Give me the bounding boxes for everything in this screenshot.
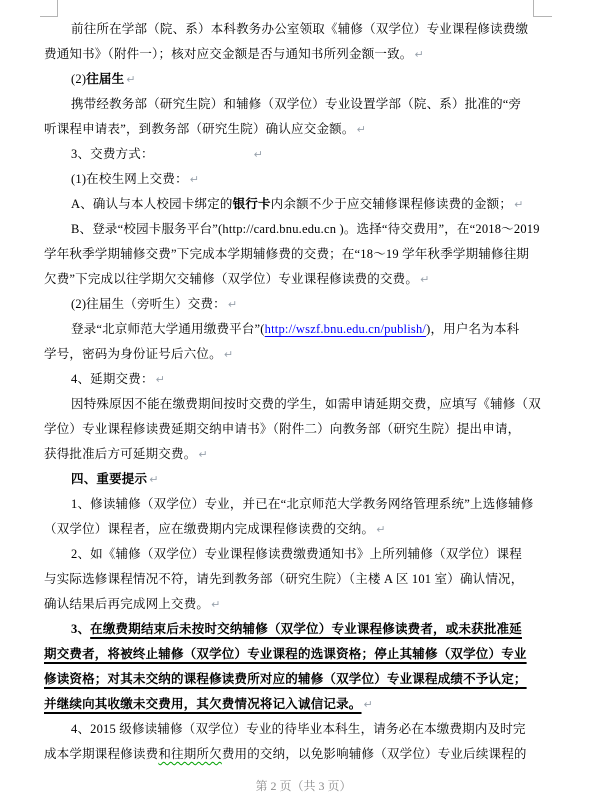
text-run: 确认结果后再完成网上交费。 <box>44 597 209 611</box>
text-line: 获得批准后方可延期交费。↵ <box>44 442 534 467</box>
text-run: 因特殊原因不能在缴费期间按时交费的学生，如需申请延期交费，应填写《辅修（双 <box>71 397 541 411</box>
bold-underline-text-run: 在缴费期结束后未按时交纳辅修（双学位）专业课程修读费者，或未获批准延 <box>90 622 522 636</box>
text-run: A、确认与本人校园卡绑定的 <box>71 197 233 211</box>
text-run: 3、交费方式： <box>71 147 154 161</box>
text-line: 学年秋季学期辅修交费”下完成本学期辅修费的交费；在“18～19 学年秋季学期辅修… <box>44 242 534 267</box>
text-run: 听课程申请表”，到教务部（研究生院）确认应交金额。 <box>44 122 355 136</box>
text-run: B、登录“校园卡服务平台”(http://card.bnu.edu.cn )。选… <box>71 222 540 236</box>
text-run: 学年秋季学期辅修交费”下完成本学期辅修费的交费；在“18～19 学年秋季学期辅修… <box>44 247 529 261</box>
text-line: 听课程申请表”，到教务部（研究生院）确认应交金额。↵ <box>44 117 534 142</box>
text-body: 前往所在学部（院、系）本科教务办公室领取《辅修（双学位）专业课程修读费缴费通知书… <box>44 17 534 767</box>
text-run: (2) <box>71 72 86 86</box>
bold-underline-text-run: 并继续向其收缴未交费用，其欠费情况将记入诚信记录。 <box>44 697 362 711</box>
bold-underline-text-run: 期交费者，将被终止辅修（双学位）专业课程的选课资格；停止其辅修（双学位）专业 <box>44 647 527 661</box>
text-line: 欠费”下完成以往学期欠交辅修（双学位）专业课程修读费的交费。↵ <box>44 267 534 292</box>
text-run: 登录“北京师范大学通用缴费平台”( <box>71 322 265 336</box>
text-run: 学位）专业课程修读费延期交纳申请书》（附件二）向教务部（研究生院）提出申请， <box>44 422 520 436</box>
text-run: 4、延期交费： <box>71 372 154 386</box>
paragraph-mark-icon: ↵ <box>514 198 523 211</box>
text-run: 携带经教务部（研究生院）和辅修（双学位）专业设置学部（院、系）批准的“旁 <box>71 97 521 111</box>
text-run: )，用户名为本科 <box>426 322 519 336</box>
paragraph-mark-icon: ↵ <box>190 173 199 186</box>
text-line: 登录“北京师范大学通用缴费平台”(http://wszf.bnu.edu.cn/… <box>44 317 534 342</box>
text-run: 前往所在学部（院、系）本科教务办公室领取《辅修（双学位）专业课程修读费缴 <box>71 22 528 36</box>
paragraph-mark-icon: ↵ <box>224 348 233 361</box>
text-line: 3、交费方式：↵ <box>44 142 534 167</box>
text-run: 费用的交纳，以免影响辅修（双学位）专业后续课程的 <box>222 747 527 761</box>
payment-platform-link[interactable]: http://wszf.bnu.edu.cn/publish/ <box>265 322 426 336</box>
spellcheck-flagged-text: 和往期所欠 <box>158 747 222 761</box>
text-line: 成本学期课程修读费和往期所欠费用的交纳，以免影响辅修（双学位）专业后续课程的 <box>44 742 534 767</box>
paragraph-mark-icon: ↵ <box>420 273 429 286</box>
text-line: 修读资格；对其未交纳的课程修读费所对应的辅修（双学位）专业课程成绩不予认定； <box>44 667 534 692</box>
text-run: (2)往届生（旁听生）交费： <box>71 297 226 311</box>
text-line: 携带经教务部（研究生院）和辅修（双学位）专业设置学部（院、系）批准的“旁 <box>44 92 534 117</box>
bold-underline-text-run: 修读资格；对其未交纳的课程修读费所对应的辅修（双学位）专业课程成绩不予认定； <box>44 672 527 686</box>
text-line: B、登录“校园卡服务平台”(http://card.bnu.edu.cn )。选… <box>44 217 534 242</box>
text-line: 与实际选修课程情况不符，请先到教务部（研究生院）（主楼 A 区 101 室）确认… <box>44 567 534 592</box>
page-number-footer: 第 2 页（共 3 页） <box>0 779 607 792</box>
paragraph-mark-icon: ↵ <box>198 448 207 461</box>
text-run: 与实际选修课程情况不符，请先到教务部（研究生院）（主楼 A 区 101 室）确认… <box>44 572 523 586</box>
text-run: 4、2015 级修读辅修（双学位）专业的待毕业本科生，请务必在本缴费期内及时完 <box>71 722 526 736</box>
text-line: （双学位）课程者，应在缴费期内完成课程修读费的交纳。↵ <box>44 517 534 542</box>
text-line: 学位）专业课程修读费延期交纳申请书》（附件二）向教务部（研究生院）提出申请， <box>44 417 534 442</box>
text-run: 成本学期课程修读费 <box>44 747 158 761</box>
text-line: 确认结果后再完成网上交费。↵ <box>44 592 534 617</box>
text-line: 1、修读辅修（双学位）专业，并已在“北京师范大学教务网络管理系统”上选修辅修 <box>44 492 534 517</box>
text-line: A、确认与本人校园卡绑定的银行卡内余额不少于应交辅修课程修读费的金额；↵ <box>44 192 534 217</box>
bold-text-run: 银行卡 <box>233 197 271 211</box>
text-run: 获得批准后方可延期交费。 <box>44 447 196 461</box>
paragraph-mark-icon: ↵ <box>254 148 263 161</box>
text-line: (1)在校生网上交费：↵ <box>44 167 534 192</box>
bold-text-run: 3、 <box>71 622 90 636</box>
text-run: (1)在校生网上交费： <box>71 172 188 186</box>
paragraph-mark-icon: ↵ <box>126 73 135 86</box>
margin-mark-top-right-vertical <box>533 0 534 17</box>
text-line: 2、如《辅修（双学位）专业课程修读费缴费通知书》上所列辅修（双学位）课程 <box>44 542 534 567</box>
paragraph-mark-icon: ↵ <box>211 598 220 611</box>
paragraph-mark-icon: ↵ <box>376 523 385 536</box>
bold-text-run: 四、重要提示 <box>71 472 147 486</box>
text-line: 前往所在学部（院、系）本科教务办公室领取《辅修（双学位）专业课程修读费缴 <box>44 17 534 42</box>
text-line: (2)往届生↵ <box>44 67 534 92</box>
document-page: 前往所在学部（院、系）本科教务办公室领取《辅修（双学位）专业课程修读费缴费通知书… <box>0 0 607 792</box>
margin-mark-top-left-vertical <box>57 0 58 17</box>
text-run: 学号，密码为身份证号后六位。 <box>44 347 222 361</box>
paragraph-mark-icon: ↵ <box>228 298 237 311</box>
text-line: 因特殊原因不能在缴费期间按时交费的学生，如需申请延期交费，应填写《辅修（双 <box>44 392 534 417</box>
text-line: 3、在缴费期结束后未按时交纳辅修（双学位）专业课程修读费者，或未获批准延 <box>44 617 534 642</box>
text-run: 2、如《辅修（双学位）专业课程修读费缴费通知书》上所列辅修（双学位）课程 <box>71 547 522 561</box>
text-run: 1、修读辅修（双学位）专业，并已在“北京师范大学教务网络管理系统”上选修辅修 <box>71 497 533 511</box>
paragraph-mark-icon: ↵ <box>149 473 158 486</box>
text-run: （双学位）课程者，应在缴费期内完成课程修读费的交纳。 <box>44 522 374 536</box>
text-line: 学号，密码为身份证号后六位。↵ <box>44 342 534 367</box>
text-line: 4、2015 级修读辅修（双学位）专业的待毕业本科生，请务必在本缴费期内及时完 <box>44 717 534 742</box>
paragraph-mark-icon: ↵ <box>357 123 366 136</box>
text-line: 4、延期交费：↵ <box>44 367 534 392</box>
text-line: 费通知书》（附件一）；核对应交金额是否与通知书所列金额一致。↵ <box>44 42 534 67</box>
text-line: 期交费者，将被终止辅修（双学位）专业课程的选课资格；停止其辅修（双学位）专业 <box>44 642 534 667</box>
paragraph-mark-icon: ↵ <box>364 698 373 711</box>
margin-mark-top-right-horizontal <box>533 16 552 17</box>
text-run: 内余额不少于应交辅修课程修读费的金额； <box>271 197 512 211</box>
paragraph-mark-icon: ↵ <box>156 373 165 386</box>
text-run: 费通知书》（附件一）；核对应交金额是否与通知书所列金额一致。 <box>44 47 413 61</box>
text-line: 并继续向其收缴未交费用，其欠费情况将记入诚信记录。↵ <box>44 692 534 717</box>
paragraph-mark-icon: ↵ <box>415 48 424 61</box>
bold-text-run: 往届生 <box>86 72 124 86</box>
text-line: 四、重要提示↵ <box>44 467 534 492</box>
text-line: (2)往届生（旁听生）交费：↵ <box>44 292 534 317</box>
text-run: 欠费”下完成以往学期欠交辅修（双学位）专业课程修读费的交费。 <box>44 272 418 286</box>
